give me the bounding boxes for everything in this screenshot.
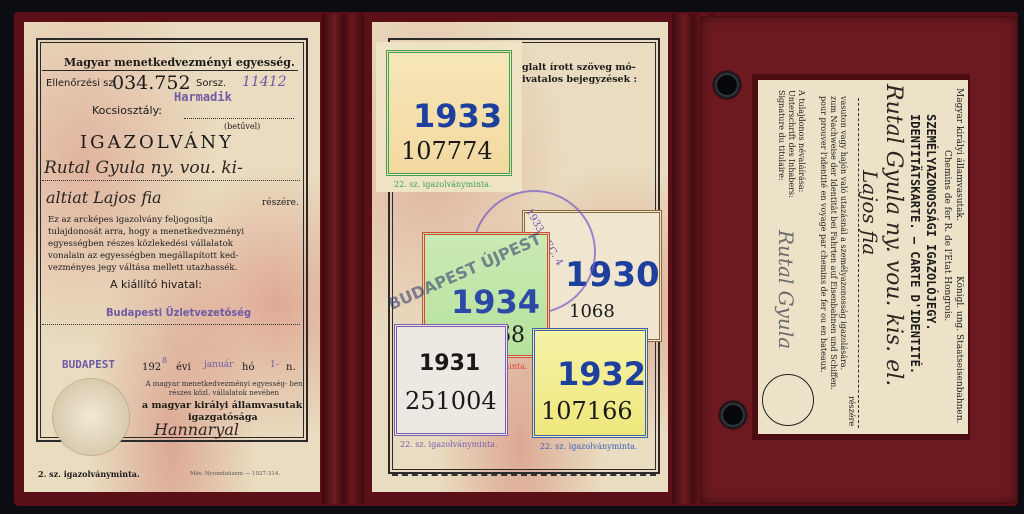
grommet-icon (718, 400, 748, 430)
card-handwritten-parent: Lajos fia (858, 170, 882, 255)
date-day-label: n. (286, 362, 296, 373)
left-identity-document: Magyar menetkedvezményi egyesség. Ellenő… (24, 22, 320, 492)
year-stamp-1931: 1931 251004 (394, 324, 508, 436)
city-stamp: BUDAPEST (62, 358, 115, 371)
card-issuer-hu: Magyar királyi államvasutak. (954, 88, 964, 221)
date-day: 1- (270, 360, 279, 370)
authority-small: A magyar menetkedvezményi egyesség- ben … (144, 380, 304, 398)
date-year-digit: 8 (162, 356, 167, 365)
page-bottom-line (392, 474, 656, 476)
issuer-line (42, 324, 300, 325)
stamp-caption: 22. sz. igazolványminta. (540, 442, 638, 451)
stamp-year: 1934 (451, 283, 540, 321)
holder-parent: altiat Lajos fia (46, 188, 162, 207)
issuer-label: A kiállító hivatal: (110, 278, 202, 291)
year-stamp-1932: 1932 107166 (532, 328, 648, 438)
authority-line-1: a magyar királyi államvasutak (142, 400, 302, 411)
card-name-suffix: részére (847, 396, 856, 426)
stamp-caption: 22. sz. igazolványminta. (394, 180, 492, 189)
middle-stamp-page: glalt írott szöveg mó- ivatalos bejegyzé… (372, 22, 668, 492)
body-line: vonalain az egyességben megállapított ke… (48, 250, 298, 262)
card-title-de-fr: IDENTITÄTSKARTE. — CARTE D'IDENTITÉ. (908, 114, 922, 374)
class-label: Kocsiosztály: (92, 104, 162, 117)
serial-label: Sorsz. (196, 78, 226, 89)
card-title-hu: SZEMÉLYAZONOSSÁGI IGAZOLÓJEGY. (924, 114, 938, 331)
stamp-number: 251004 (405, 387, 497, 415)
holder-suffix: részére. (262, 198, 299, 208)
form-number: 2. sz. igazolványminta. (38, 469, 140, 479)
document-body: Ez az arcképes igazolvány feljogosítja t… (48, 214, 298, 274)
signature-label-de: Unterschrift des Inhabers: (787, 90, 796, 198)
date-month-label: hó (242, 362, 254, 373)
card-issuer-de: Königl. ung. Staatseisenbahnen. (954, 276, 964, 423)
card-name-line (858, 98, 859, 428)
divider (42, 70, 298, 71)
official-signature: Hannaryal (154, 420, 239, 439)
page-header-2: ivatalos bejegyzések : (522, 74, 637, 85)
document-title: IGAZOLVÁNY (80, 132, 234, 153)
stamp-year: 1931 (419, 351, 480, 376)
embossed-seal (52, 378, 130, 456)
doc-header: Magyar menetkedvezményi egyesség. (64, 56, 295, 69)
body-line: egyességben részes közlekedési vállalato… (48, 238, 298, 250)
stamp-year: 1933 (413, 97, 502, 135)
control-label: Ellenőrzési sz. (46, 78, 117, 89)
date-month: január (204, 360, 233, 370)
class-line (184, 118, 294, 119)
stamp-caption: 22. sz. igazolványminta. (400, 440, 498, 449)
issuer-stamp: Budapesti Üzletvezetőség (106, 306, 251, 319)
class-hint: (betűvel) (224, 122, 260, 131)
photo-seal-circle (762, 374, 814, 426)
card-purpose-hu: vasuton vagy hajón való utazásnál a szem… (839, 96, 848, 370)
wallet-spine-left (322, 14, 364, 504)
date-prefix: 192 (142, 362, 161, 373)
date-year-label: évi (176, 362, 191, 373)
signature-label-fr: Signature du titulaire: (777, 90, 786, 181)
class-stamp: Harmadik (174, 90, 232, 104)
printer-mark: Máv. Nyomdaüzem — 1927-314. (190, 471, 280, 477)
year-stamp-1933: 1933 107774 (386, 50, 512, 176)
signature-label-hu: A tulajdonos névaláírása: (797, 90, 806, 192)
grommet-icon (712, 70, 742, 100)
card-purpose-de: zum Nachweise der Identität bei Fahrten … (829, 96, 838, 390)
identity-card: Magyar királyi államvasutak. Königl. ung… (758, 80, 968, 434)
page-header-1: glalt írott szöveg mó- (522, 62, 636, 73)
body-line: vezményes jegy váltása mellett utazhassé… (48, 262, 298, 274)
holder-signature: Rutal Gyula (774, 230, 798, 349)
card-purpose-fr: pour prouver l'identité en voyage par ch… (819, 96, 828, 373)
body-line: tulajdonosát arra, hogy a menetkedvezmén… (48, 226, 298, 238)
stamp-number: 1068 (569, 301, 615, 322)
card-handwritten-name: Rutal Gyula ny. vou. kis. el. (881, 84, 906, 386)
stamp-number: 107166 (541, 397, 633, 425)
holder-name: Rutal Gyula ny. vou. ki- (44, 158, 243, 178)
stamp-number: 107774 (401, 137, 493, 165)
holder-line (42, 180, 300, 181)
stamp-year: 1932 (557, 355, 646, 393)
serial-value: 11412 (242, 74, 287, 90)
body-line: Ez az arcképes igazolvány feljogosítja (48, 214, 298, 226)
card-issuer-fr: Chemins de fer R. de l'Etat Hongrois. (942, 150, 952, 321)
